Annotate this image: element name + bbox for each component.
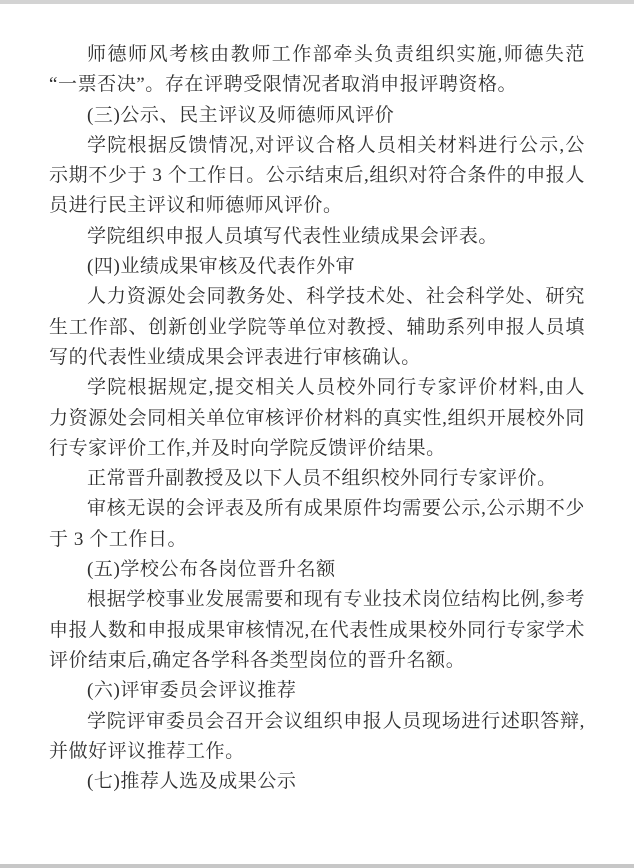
paragraph: 学院评审委员会召开会议组织申报人员现场进行述职答辩,并做好评议推荐工作。: [49, 707, 585, 768]
section-heading: (五)学校公布各岗位晋升名额: [49, 555, 585, 585]
paragraph: 学院根据规定,提交相关人员校外同行专家评价材料,由人力资源处会同相关单位审核评价…: [49, 373, 585, 464]
paragraph: 根据学校事业发展需要和现有专业技术岗位结构比例,参考申报人数和申报成果审核情况,…: [49, 585, 585, 676]
document-page: 师德师风考核由教师工作部牵头负责组织实施,师德失范“一票否决”。存在评聘受限情况…: [49, 40, 585, 797]
section-heading: (六)评审委员会评议推荐: [49, 676, 585, 706]
section-heading: (四)业绩成果审核及代表作外审: [49, 252, 585, 282]
section-heading: (七)推荐人选及成果公示: [49, 767, 585, 797]
section-heading: (三)公示、民主评议及师德师风评价: [49, 101, 585, 131]
page-edge-top: [0, 0, 634, 4]
paragraph: 正常晋升副教授及以下人员不组织校外同行专家评价。: [49, 464, 585, 494]
paragraph: 学院根据反馈情况,对评议合格人员相关材料进行公示,公示期不少于 3 个工作日。公…: [49, 131, 585, 222]
paragraph: 人力资源处会同教务处、科学技术处、社会科学处、研究生工作部、创新创业学院等单位对…: [49, 282, 585, 373]
paragraph: 审核无误的会评表及所有成果原件均需要公示,公示期不少于 3 个工作日。: [49, 494, 585, 555]
page-edge-bottom: [0, 864, 634, 868]
document-viewport: 师德师风考核由教师工作部牵头负责组织实施,师德失范“一票否决”。存在评聘受限情况…: [0, 0, 634, 868]
paragraph: 师德师风考核由教师工作部牵头负责组织实施,师德失范“一票否决”。存在评聘受限情况…: [49, 40, 585, 101]
paragraph: 学院组织申报人员填写代表性业绩成果会评表。: [49, 222, 585, 252]
